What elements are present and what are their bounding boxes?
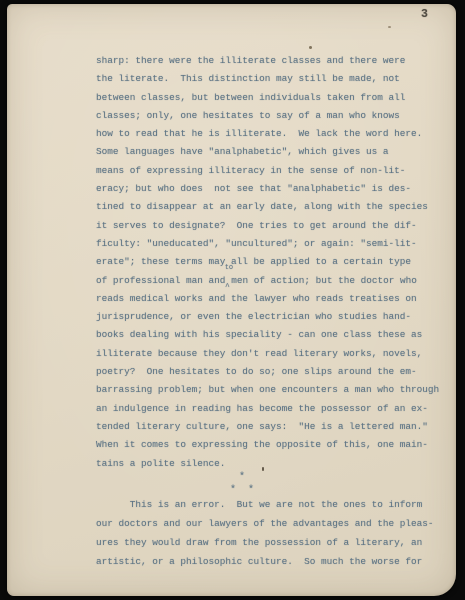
paragraph-two: This is an error. But we are not the one…	[96, 495, 451, 571]
text-line: artistic, or a philosophic culture. So m…	[96, 552, 451, 571]
separator-row: *	[162, 472, 322, 485]
text-line: reads medical works and the lawyer who r…	[96, 290, 451, 308]
text-line: tended literary culture, one says: "He i…	[96, 418, 451, 436]
interlinear-insertion: to^	[225, 273, 231, 282]
text-line: an indulgence in reading has become the …	[96, 400, 451, 418]
typewritten-page: 3 sharp: there were the illiterate class…	[7, 4, 456, 596]
text-line: classes; only, one hesitates to say of a…	[96, 107, 451, 125]
text-line: illiterate because they don't read liter…	[96, 345, 451, 363]
text-line: ficulty: "uneducated", "uncultured"; or …	[96, 235, 451, 253]
asterisk-separator: ** *	[162, 472, 322, 497]
text-line: of professional man andto^men of action;…	[96, 272, 451, 290]
text-line: it serves to designate? One tries to get…	[96, 217, 451, 235]
text-line: This is an error. But we are not the one…	[96, 495, 451, 514]
text-line: our doctors and our lawyers of the advan…	[96, 514, 451, 533]
text-line: ures they would draw from the possession…	[96, 533, 451, 552]
text-line: the literate. This distinction may still…	[96, 70, 451, 88]
text-line: poetry? One hesitates to do so; one slip…	[96, 363, 451, 381]
text-line: eracy; but who does not see that "analph…	[96, 180, 451, 198]
paragraph-one: sharp: there were the illiterate classes…	[96, 52, 451, 473]
text-line: erate"; these terms may all be applied t…	[96, 253, 451, 271]
text-line: Some languages have "analphabetic", whic…	[96, 143, 451, 161]
text-line: jurisprudence, or even the electrician w…	[96, 308, 451, 326]
text-line: how to read that he is illiterate. We la…	[96, 125, 451, 143]
text-line: sharp: there were the illiterate classes…	[96, 52, 451, 70]
paper-speck	[309, 46, 312, 49]
text-line: tains a polite silence.	[96, 455, 451, 473]
text-line: When it comes to expressing the opposite…	[96, 436, 451, 454]
text-line: between classes, but between individuals…	[96, 89, 451, 107]
text-line: barrassing problem; but when one encount…	[96, 381, 451, 399]
text-line: books dealing with his speciality - can …	[96, 326, 451, 344]
text-line: means of expressing illiteracy in the se…	[96, 162, 451, 180]
text-line: tined to disappear at an early date, alo…	[96, 198, 451, 216]
paper-speck	[388, 26, 391, 28]
page-number: 3	[421, 8, 428, 21]
